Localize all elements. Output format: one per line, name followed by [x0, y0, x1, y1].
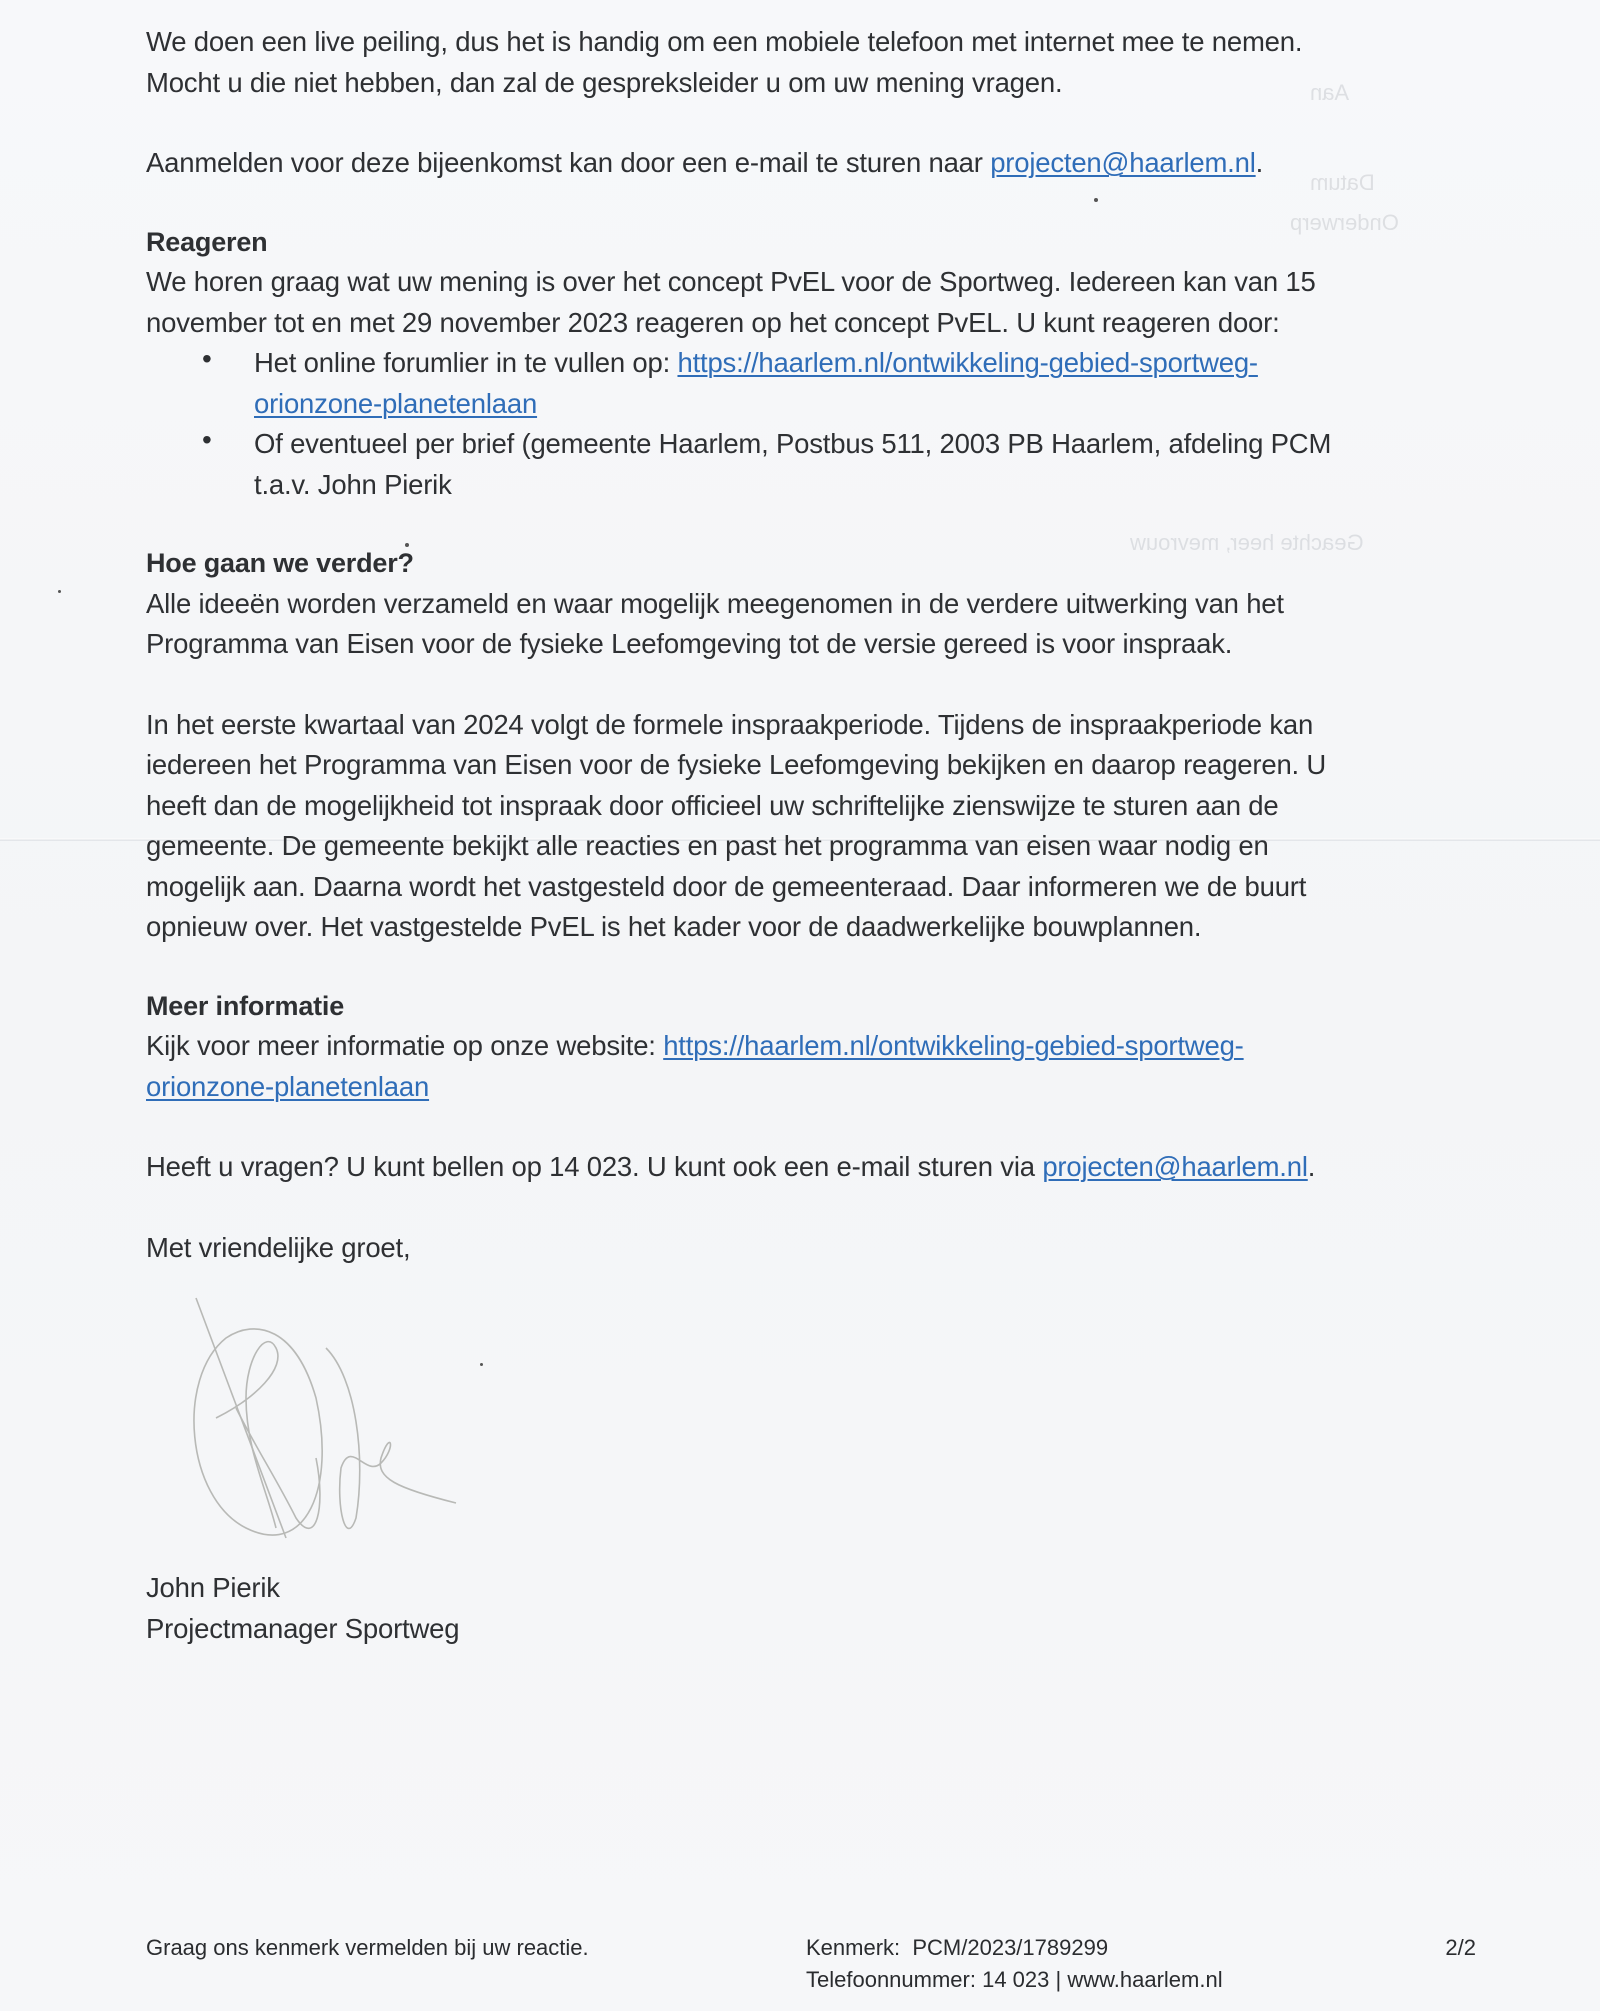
website-link[interactable]: https://haarlem.nl/ontwikkeling-gebied-s…: [663, 1030, 1243, 1061]
heading-meer-informatie: Meer informatie: [146, 986, 1476, 1027]
scanned-page: Aan Datum Onderwerp Geachte heer, mevrou…: [0, 0, 1600, 2011]
letter-body: We doen een live peiling, dus het is han…: [146, 22, 1476, 1649]
vragen-suffix: .: [1308, 1151, 1315, 1182]
website-link-continued[interactable]: orionzone-planetenlaan: [146, 1071, 429, 1102]
inspraak-line-2: iedereen het Programma van Eisen voor de…: [146, 745, 1476, 786]
letter-option-line-2: t.a.v. John Pierik: [254, 465, 1476, 506]
footer-reference: Kenmerk: PCM/2023/1789299 Telefoonnummer…: [806, 1932, 1223, 1996]
reageren-options-list: Het online forumlier in te vullen op: ht…: [146, 343, 1476, 505]
online-form-link[interactable]: https://haarlem.nl/ontwikkeling-gebied-s…: [677, 347, 1257, 378]
inspraak-line-1: In het eerste kwartaal van 2024 volgt de…: [146, 705, 1476, 746]
inspraak-line-4: gemeente. De gemeente bekijkt alle react…: [146, 826, 1476, 867]
letter-option-line-1: Of eventueel per brief (gemeente Haarlem…: [254, 424, 1476, 465]
intro-line-2: Mocht u die niet hebben, dan zal de gesp…: [146, 63, 1476, 104]
intro-line-1: We doen een live peiling, dus het is han…: [146, 22, 1476, 63]
signature-area: [146, 1268, 1476, 1568]
verder-line-1: Alle ideeën worden verzameld en waar mog…: [146, 584, 1476, 625]
heading-hoe-gaan-we-verder: Hoe gaan we verder?: [146, 543, 1476, 584]
heading-reageren: Reageren: [146, 222, 1476, 263]
vragen-email-link[interactable]: projecten@haarlem.nl: [1042, 1151, 1307, 1182]
online-form-link-continued[interactable]: orionzone-planetenlaan: [254, 388, 537, 419]
reageren-line-1: We horen graag wat uw mening is over het…: [146, 262, 1476, 303]
inspraak-line-6: opnieuw over. Het vastgestelde PvEL is h…: [146, 907, 1476, 948]
list-item-online-form: Het online forumlier in te vullen op: ht…: [146, 343, 1476, 424]
inspraak-line-3: heeft dan de mogelijkheid tot inspraak d…: [146, 786, 1476, 827]
verder-line-2: Programma van Eisen voor de fysieke Leef…: [146, 624, 1476, 665]
page-number: 2/2: [1445, 1932, 1476, 1964]
closing: Met vriendelijke groet,: [146, 1228, 1476, 1269]
signup-paragraph: Aanmelden voor deze bijeenkomst kan door…: [146, 143, 1476, 184]
handwritten-signature: [166, 1288, 466, 1578]
signatory-title: Projectmanager Sportweg: [146, 1609, 1476, 1650]
signup-suffix: .: [1256, 147, 1263, 178]
reageren-line-2: november tot en met 29 november 2023 rea…: [146, 303, 1476, 344]
vragen-paragraph: Heeft u vragen? U kunt bellen op 14 023.…: [146, 1147, 1476, 1188]
signup-email-link[interactable]: projecten@haarlem.nl: [990, 147, 1255, 178]
meer-info-text: Kijk voor meer informatie op onze websit…: [146, 1030, 663, 1061]
footer-kenmerk: Kenmerk: PCM/2023/1789299: [806, 1932, 1223, 1964]
list-item-letter: Of eventueel per brief (gemeente Haarlem…: [146, 424, 1476, 505]
inspraak-line-5: mogelijk aan. Daarna wordt het vastgeste…: [146, 867, 1476, 908]
online-form-text: Het online forumlier in te vullen op:: [254, 347, 677, 378]
scan-speck: [58, 590, 61, 593]
vragen-text: Heeft u vragen? U kunt bellen op 14 023.…: [146, 1151, 1042, 1182]
footer-telefoon: Telefoonnummer: 14 023 | www.haarlem.nl: [806, 1964, 1223, 1996]
footer-note: Graag ons kenmerk vermelden bij uw react…: [146, 1932, 589, 1964]
signup-text: Aanmelden voor deze bijeenkomst kan door…: [146, 147, 990, 178]
